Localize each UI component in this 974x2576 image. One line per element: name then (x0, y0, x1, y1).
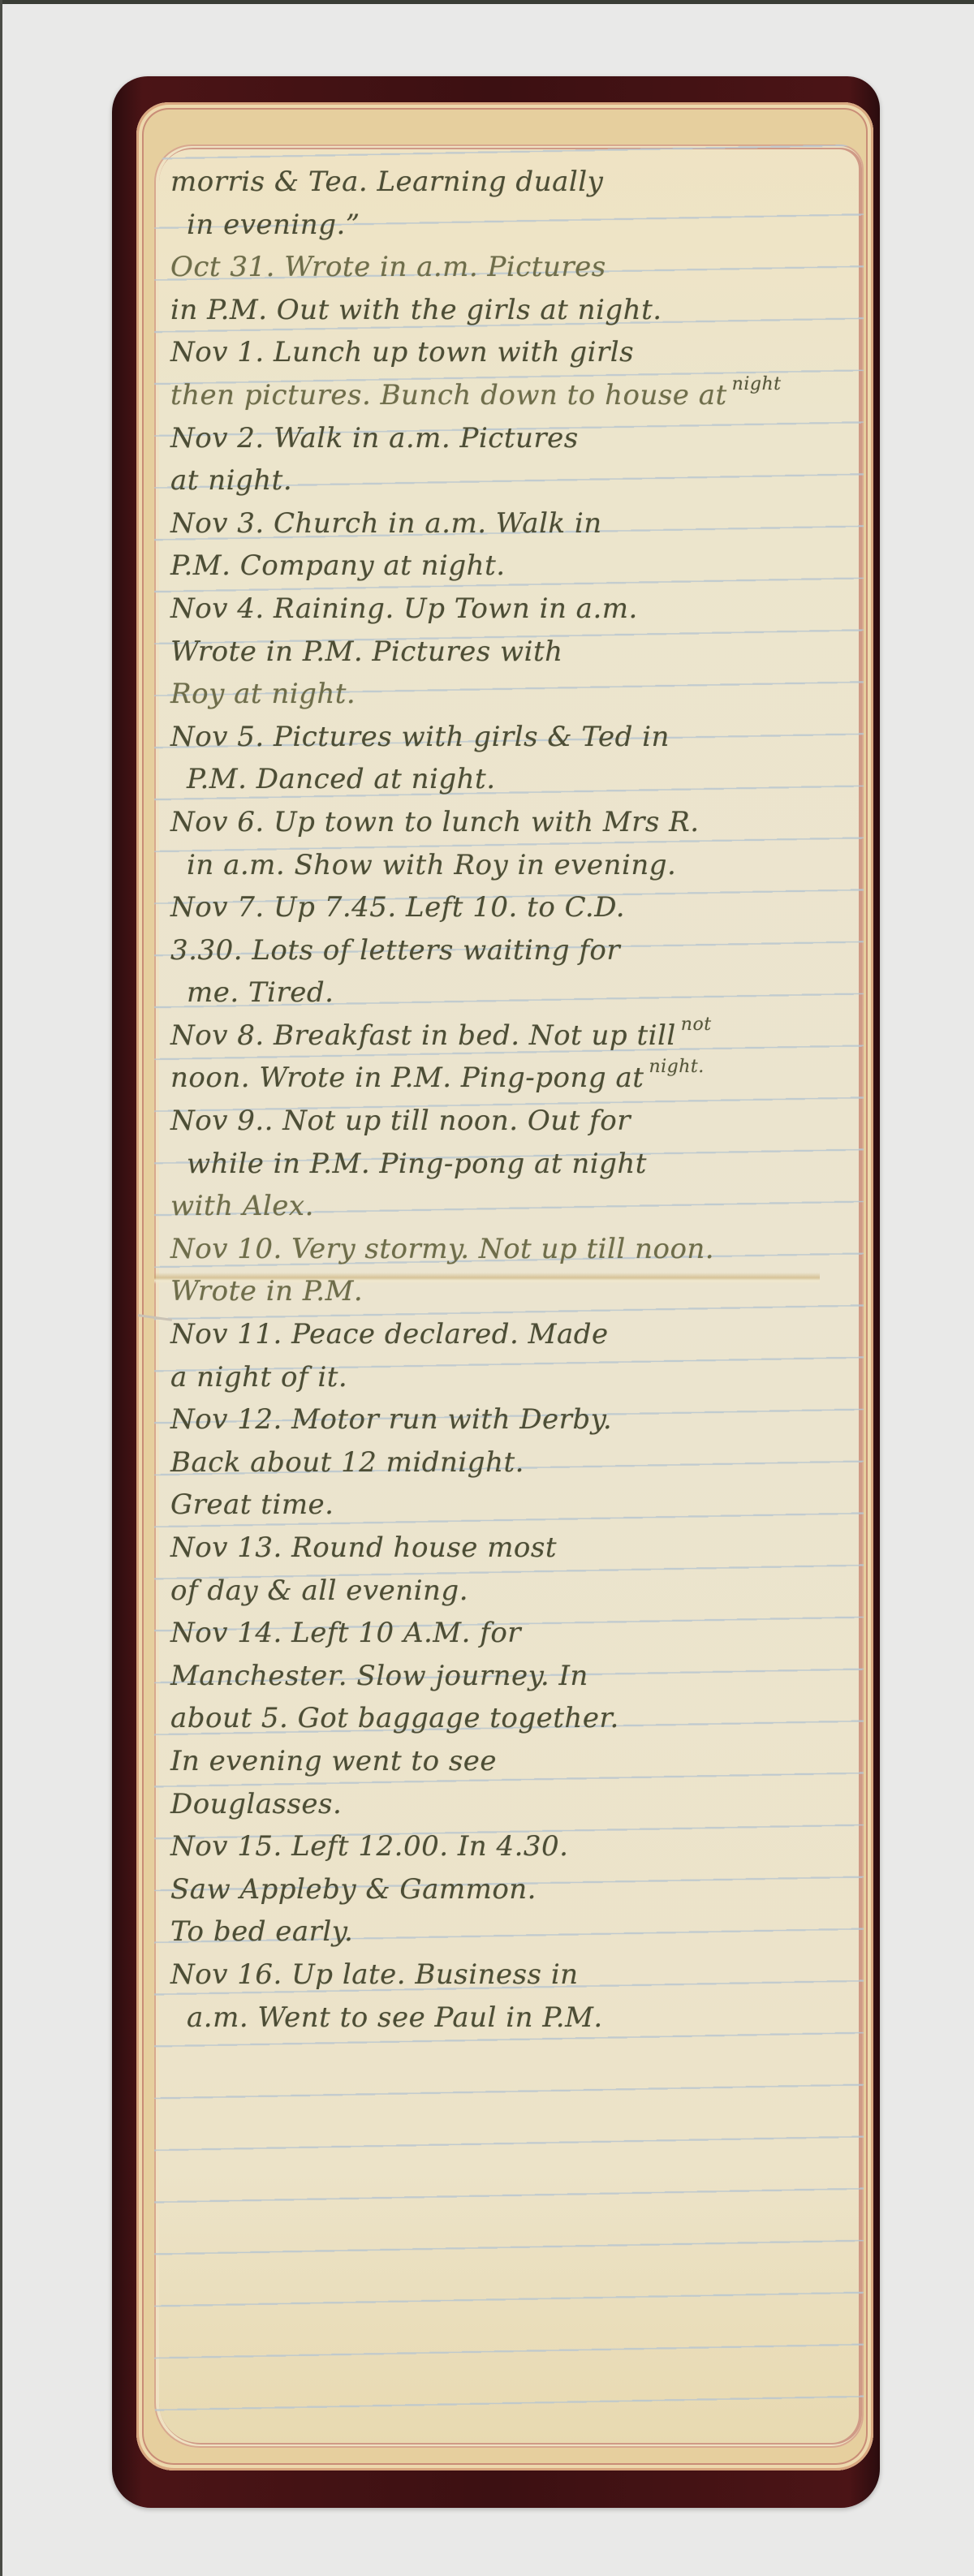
text-line: P.M. Danced at night. (170, 758, 844, 801)
text-line: 3.30. Lots of letters waiting for (170, 929, 844, 972)
entry-nov-4: Nov 4. Raining. Up Town in a.m. (170, 588, 844, 631)
handwritten-text: morris & Tea. Learning dually in evening… (170, 161, 844, 2039)
text-line: Douglasses. (170, 1783, 844, 1826)
text-line: a night of it. (170, 1356, 844, 1399)
entry-nov-9: Nov 9.. Not up till noon. Out for (170, 1100, 844, 1143)
entry-nov-13: Nov 13. Round house most (170, 1527, 844, 1570)
text-line: a.m. Went to see Paul in P.M. (170, 1997, 844, 2040)
image-top-border (0, 0, 974, 4)
text-line: Roy at night. (170, 673, 844, 716)
entry-nov-2: Nov 2. Walk in a.m. Pictures (170, 417, 844, 460)
text-line: while in P.M. Ping-pong at night (170, 1143, 844, 1186)
text-line-content: Nov 8. Breakfast in bed. Not up till (170, 1019, 676, 1052)
text-line: Back about 12 midnight. (170, 1441, 844, 1484)
entry-nov-3: Nov 3. Church in a.m. Walk in (170, 502, 844, 545)
entry-nov-6: Nov 6. Up town to lunch with Mrs R. (170, 801, 844, 844)
text-line-content: then pictures. Bunch down to house at (170, 379, 727, 411)
entry-nov-7: Nov 7. Up 7.45. Left 10. to C.D. (170, 886, 844, 929)
entry-nov-8: Nov 8. Breakfast in bed. Not up tillnot (170, 1014, 844, 1058)
text-line: Manchester. Slow journey. In (170, 1655, 844, 1698)
image-left-border (0, 0, 2, 2576)
text-line: of day & all evening. (170, 1570, 844, 1613)
text-line: In evening went to see (170, 1740, 844, 1783)
text-line: in evening.” (170, 204, 844, 247)
text-line: in P.M. Out with the girls at night. (170, 289, 844, 332)
text-line: me. Tired. (170, 971, 844, 1014)
text-line: Wrote in P.M. (170, 1270, 844, 1313)
entry-nov-5: Nov 5. Pictures with girls & Ted in (170, 716, 844, 759)
entry-nov-16: Nov 16. Up late. Business in (170, 1954, 844, 1997)
annotation-not: not (681, 1014, 712, 1035)
text-line: in a.m. Show with Roy in evening. (170, 844, 844, 887)
text-line: Great time. (170, 1484, 844, 1527)
annotation-night: night (732, 374, 782, 394)
text-line: Wrote in P.M. Pictures with (170, 631, 844, 674)
entry-nov-11: Nov 11. Peace declared. Made (170, 1313, 844, 1356)
text-line-content: noon. Wrote in P.M. Ping-pong at (170, 1062, 644, 1094)
text-line: with Alex. (170, 1185, 844, 1228)
text-line: at night. (170, 459, 844, 502)
entry-nov-1: Nov 1. Lunch up town with girls (170, 331, 844, 374)
text-line: Saw Appleby & Gammon. (170, 1868, 844, 1911)
text-line: noon. Wrote in P.M. Ping-pong atnight. (170, 1057, 844, 1100)
text-line: then pictures. Bunch down to house atnig… (170, 374, 844, 417)
annotation-night: night. (649, 1057, 704, 1077)
entry-nov-12: Nov 12. Motor run with Derby. (170, 1398, 844, 1441)
text-line: To bed early. (170, 1910, 844, 1954)
entry-nov-10: Nov 10. Very stormy. Not up till noon. (170, 1228, 844, 1271)
entry-nov-15: Nov 15. Left 12.00. In 4.30. (170, 1825, 844, 1868)
text-line: about 5. Got baggage together. (170, 1697, 844, 1740)
entry-nov-14: Nov 14. Left 10 A.M. for (170, 1612, 844, 1655)
text-line: morris & Tea. Learning dually (170, 161, 844, 204)
entry-oct-31: Oct 31. Wrote in a.m. Pictures (170, 246, 844, 289)
text-line: P.M. Company at night. (170, 545, 844, 588)
